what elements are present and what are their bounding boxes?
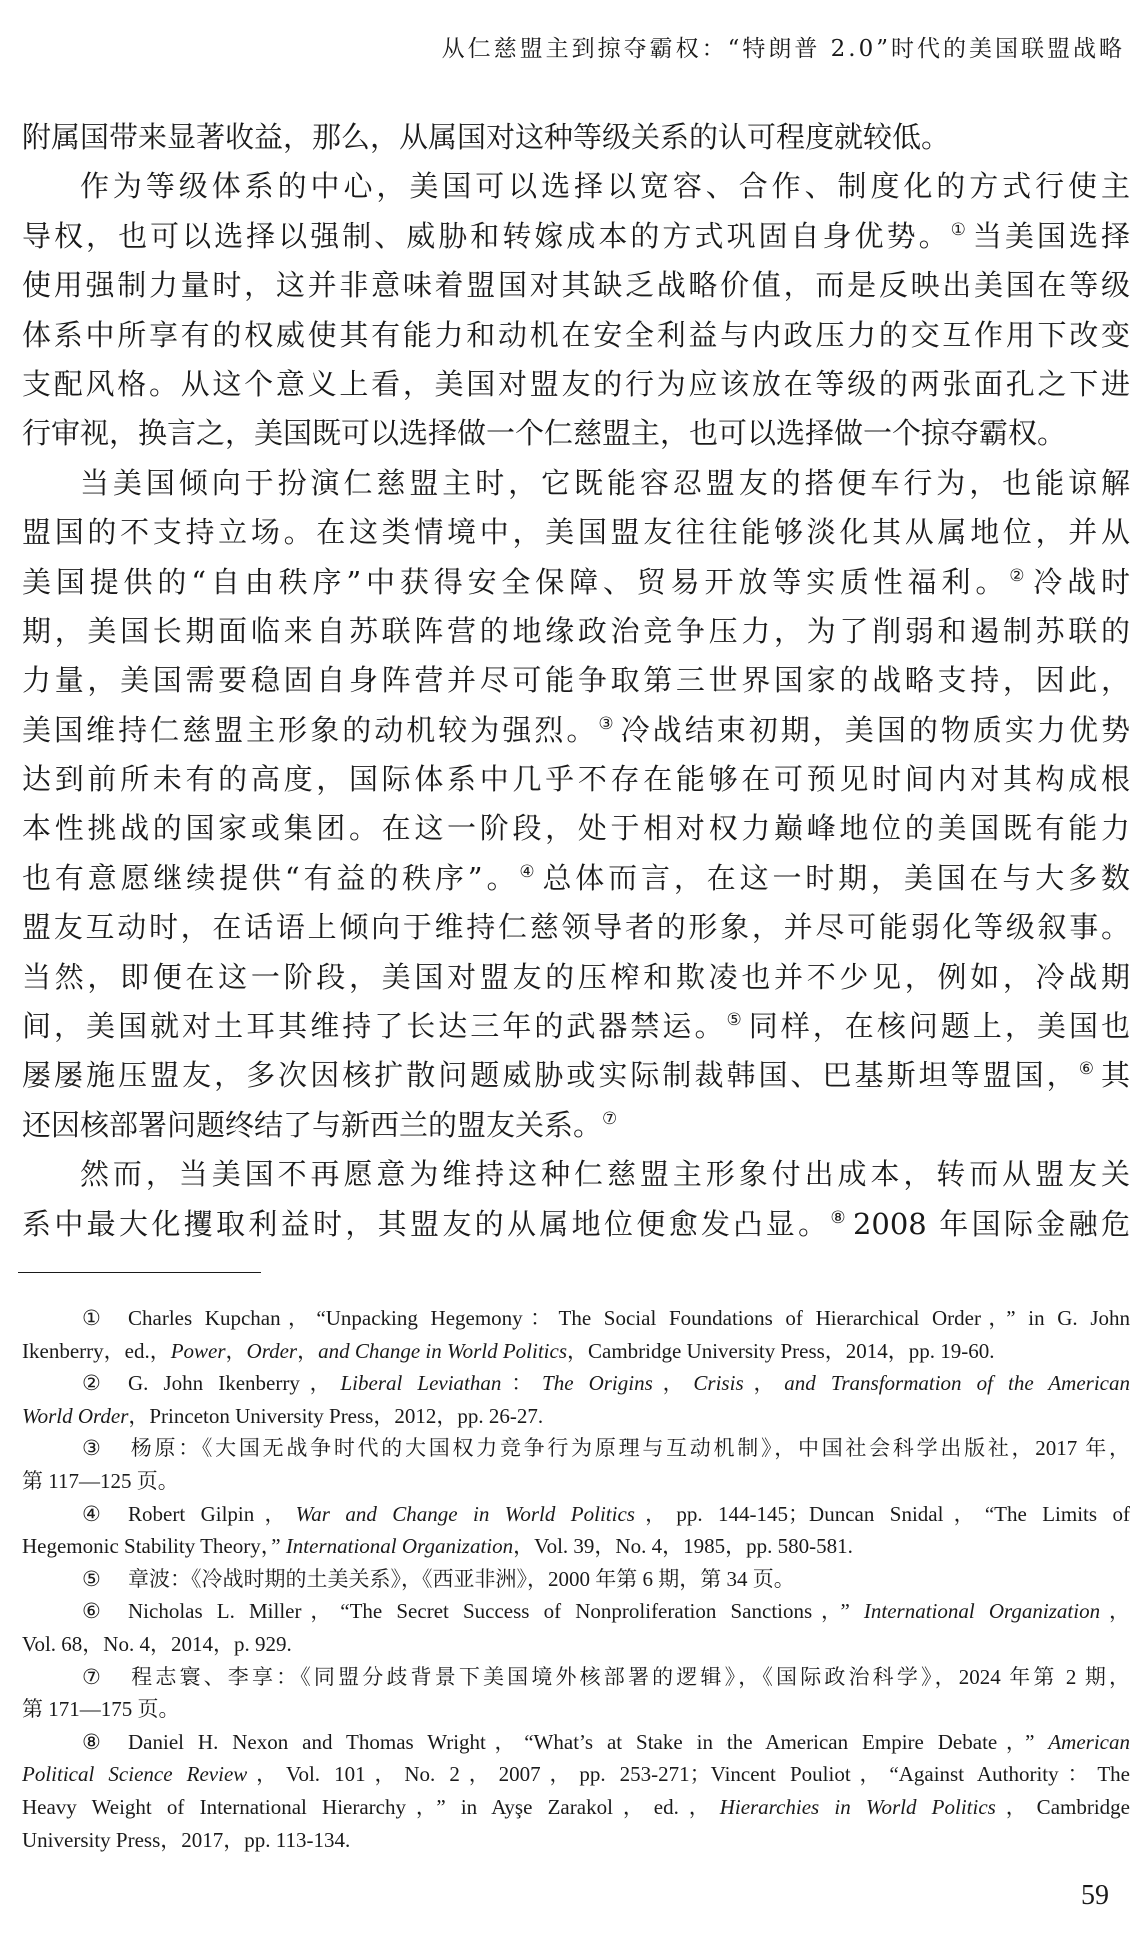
footnote-reference[interactable]: ⑦ bbox=[602, 1109, 617, 1129]
citation-title: and Change in World Politics bbox=[318, 1339, 567, 1363]
body-line-text: 其 bbox=[1101, 1058, 1130, 1092]
footnote-reference[interactable]: ⑥ bbox=[1079, 1059, 1097, 1079]
body-line: 使用强制力量时，这并非意味着盟国对其缺乏战略价值，而是反映出美国在等级 bbox=[22, 261, 1130, 310]
footnote-reference[interactable]: ④ bbox=[519, 862, 538, 882]
body-line: 盟国的不支持立场。在这类情境中，美国盟友往往能够淡化其从属地位，并从 bbox=[22, 508, 1130, 557]
body-line: 力量，美国需要稳固自身阵营并尽可能争取第三世界国家的战略支持，因此， bbox=[22, 656, 1130, 705]
body-line: 屡屡施压盟友，多次因核扩散问题威胁或实际制裁韩国、巴基斯坦等盟国，⑥其 bbox=[22, 1051, 1130, 1100]
footnote-line: ①Charles Kupchan，“Unpacking Hegemony：The… bbox=[22, 1302, 1130, 1335]
footnote-item: ①Charles Kupchan，“Unpacking Hegemony：The… bbox=[22, 1302, 1130, 1367]
body-line: 行审视，换言之，美国既可以选择做一个仁慈盟主，也可以选择做一个掠夺霸权。 bbox=[22, 409, 1130, 458]
citation-title: Power bbox=[171, 1339, 226, 1363]
footnote-line: ④Robert Gilpin，War and Change in World P… bbox=[22, 1498, 1130, 1531]
body-line-text: 当然，即便在这一阶段，美国对盟友的压榨和欺凌也并不少见，例如，冷战期 bbox=[22, 960, 1130, 994]
body-line-text: 屡屡施压盟友，多次因核扩散问题威胁或实际制裁韩国、巴基斯坦等盟国， bbox=[22, 1058, 1079, 1092]
citation-text: Hegemonic Stability Theory，” bbox=[22, 1534, 286, 1558]
citation-text: ， bbox=[1100, 1599, 1130, 1623]
citation-text: Nicholas L. Miller，“The Secret Success o… bbox=[128, 1599, 864, 1623]
body-line: 期，美国长期面临来自苏联阵营的地缘政治竞争压力，为了削弱和遏制苏联的 bbox=[22, 607, 1130, 656]
body-line-text: 达到前所未有的高度，国际体系中几乎不存在能够在可预见时间内对其构成根 bbox=[22, 762, 1130, 796]
body-line-text: 盟友互动时，在话语上倾向于维持仁慈领导者的形象，并尽可能弱化等级叙事。 bbox=[22, 910, 1130, 944]
body-line: 体系中所享有的权威使其有能力和动机在安全利益与内政压力的交互作用下改变 bbox=[22, 311, 1130, 360]
footnote-line: ⑦程志寰、李享：《同盟分歧背景下美国境外核部署的逻辑》，《国际政治科学》，202… bbox=[22, 1661, 1130, 1694]
citation-text: Vol. 68，No. 4，2014，p. 929. bbox=[22, 1632, 292, 1656]
citation-text: ， bbox=[744, 1371, 785, 1395]
body-line-text: 行审视，换言之，美国既可以选择做一个仁慈盟主，也可以选择做一个掠夺霸权。 bbox=[22, 416, 1066, 450]
body-line-text: 盟国的不支持立场。在这类情境中，美国盟友往往能够淡化其从属地位，并从 bbox=[22, 515, 1130, 549]
body-line-text: 当美国选择 bbox=[973, 219, 1130, 253]
citation-text: ，Vol. 39，No. 4，1985，pp. 580-581. bbox=[513, 1534, 853, 1558]
citation-title: and Transformation of the American bbox=[784, 1371, 1130, 1395]
citation-title: Liberal Leviathan bbox=[340, 1371, 501, 1395]
footnote-reference[interactable]: ⑧ bbox=[830, 1208, 849, 1228]
body-line: 达到前所未有的高度，国际体系中几乎不存在能够在可预见时间内对其构成根 bbox=[22, 755, 1130, 804]
body-line-text: 也有意愿继续提供“有益的秩序”。 bbox=[22, 861, 519, 895]
body-line: 盟友互动时，在话语上倾向于维持仁慈领导者的形象，并尽可能弱化等级叙事。 bbox=[22, 903, 1130, 952]
footnote-mark: ⑥ bbox=[82, 1595, 128, 1628]
citation-title: Hierarchies in World Politics bbox=[720, 1795, 996, 1819]
citation-text: 第 171—175 页。 bbox=[22, 1697, 180, 1721]
citation-title: Political Science Review bbox=[22, 1762, 247, 1786]
citation-text: ，Princeton University Press，2012，pp. 26-… bbox=[128, 1404, 543, 1428]
footnote-item: ⑦程志寰、李享：《同盟分歧背景下美国境外核部署的逻辑》，《国际政治科学》，202… bbox=[22, 1661, 1130, 1726]
footnote-item: ③杨原：《大国无战争时代的大国权力竞争行为原理与互动机制》，中国社会科学出版社，… bbox=[22, 1432, 1130, 1497]
citation-title: War and Change in World Politics bbox=[296, 1502, 635, 1526]
citation-text: ， bbox=[297, 1339, 318, 1363]
citation-text: University Press，2017，pp. 113-134. bbox=[22, 1828, 350, 1852]
body-line-text: 期，美国长期面临来自苏联阵营的地缘政治竞争压力，为了削弱和遏制苏联的 bbox=[22, 614, 1130, 648]
citation-text: 第 117—125 页。 bbox=[22, 1469, 179, 1493]
citation-text: ， bbox=[653, 1371, 694, 1395]
body-line: 然而，当美国不再愿意为维持这种仁慈盟主形象付出成本，转而从盟友关 bbox=[22, 1150, 1130, 1199]
footnote-line: Ikenberry，ed.，Power，Order，and Change in … bbox=[22, 1335, 1130, 1368]
citation-text: Daniel H. Nexon and Thomas Wright，“What’… bbox=[128, 1730, 1048, 1754]
body-line-text: 美国维持仁慈盟主形象的动机较为强烈。 bbox=[22, 713, 598, 747]
citation-title: American bbox=[1048, 1730, 1130, 1754]
body-line: 也有意愿继续提供“有益的秩序”。④总体而言，在这一时期，美国在与大多数 bbox=[22, 854, 1130, 903]
footnote-line: ③杨原：《大国无战争时代的大国权力竞争行为原理与互动机制》，中国社会科学出版社，… bbox=[22, 1432, 1130, 1465]
body-line-text: 附属国带来显著收益，那么，从属国对这种等级关系的认可程度就较低。 bbox=[22, 120, 950, 154]
body-line-text: 还因核部署问题终结了与新西兰的盟友关系。 bbox=[22, 1108, 602, 1142]
body-line: 导权，也可以选择以强制、威胁和转嫁成本的方式巩固自身优势。①当美国选择 bbox=[22, 212, 1130, 261]
footnote-line: University Press，2017，pp. 113-134. bbox=[22, 1824, 1130, 1857]
footnote-mark: ② bbox=[82, 1367, 128, 1400]
footnote-reference[interactable]: ② bbox=[1009, 566, 1029, 586]
citation-text: ，Vol. 101，No. 2，2007，pp. 253-271；Vincent… bbox=[247, 1762, 1130, 1786]
body-line: 美国维持仁慈盟主形象的动机较为强烈。③冷战结束初期，美国的物质实力优势 bbox=[22, 706, 1130, 755]
body-line: 间，美国就对土耳其维持了长达三年的武器禁运。⑤同样，在核问题上，美国也 bbox=[22, 1002, 1130, 1051]
body-line: 还因核部署问题终结了与新西兰的盟友关系。⑦ bbox=[22, 1101, 1130, 1150]
page-number: 59 bbox=[1081, 1880, 1109, 1912]
footnote-mark: ⑤ bbox=[82, 1563, 128, 1596]
citation-text: ，Cambridge University Press，2014，pp. 19-… bbox=[567, 1339, 995, 1363]
citation-text: Heavy Weight of International Hierarchy，… bbox=[22, 1795, 720, 1819]
citation-text: ， bbox=[226, 1339, 247, 1363]
body-line: 附属国带来显著收益，那么，从属国对这种等级关系的认可程度就较低。 bbox=[22, 113, 1130, 162]
citation-text: Robert Gilpin， bbox=[128, 1502, 296, 1526]
footnote-mark: ⑦ bbox=[82, 1661, 128, 1694]
citation-title: International Organization bbox=[286, 1534, 513, 1558]
footnote-mark: ④ bbox=[82, 1498, 128, 1531]
body-line: 支配风格。从这个意义上看，美国对盟友的行为应该放在等级的两张面孔之下进 bbox=[22, 360, 1130, 409]
citation-text: G. John Ikenberry， bbox=[128, 1371, 340, 1395]
running-header: 从仁慈盟主到掠夺霸权：“特朗普 2.0”时代的美国联盟战略 bbox=[442, 30, 1125, 63]
citation-title: The Origins bbox=[542, 1371, 653, 1395]
body-line: 当然，即便在这一阶段，美国对盟友的压榨和欺凌也并不少见，例如，冷战期 bbox=[22, 953, 1130, 1002]
body-line-text: 当美国倾向于扮演仁慈盟主时，它既能容忍盟友的搭便车行为，也能谅解 bbox=[80, 466, 1130, 500]
citation-text: ，Cambridge bbox=[996, 1795, 1130, 1819]
footnote-item: ⑥Nicholas L. Miller，“The Secret Success … bbox=[22, 1595, 1130, 1660]
footnote-line: World Order，Princeton University Press，2… bbox=[22, 1400, 1130, 1433]
footnote-line: ⑧Daniel H. Nexon and Thomas Wright，“What… bbox=[22, 1726, 1130, 1759]
footnote-reference[interactable]: ③ bbox=[598, 714, 616, 734]
body-line-text: 作为等级体系的中心，美国可以选择以宽容、合作、制度化的方式行使主 bbox=[80, 169, 1130, 203]
footnote-reference[interactable]: ⑤ bbox=[726, 1010, 744, 1030]
body-line-text: 系中最大化攫取利益时，其盟友的从属地位便愈发凸显。 bbox=[22, 1207, 830, 1241]
footnote-reference[interactable]: ① bbox=[951, 220, 969, 240]
citation-title: International Organization bbox=[864, 1599, 1100, 1623]
body-line-text: 冷战结束初期，美国的物质实力优势 bbox=[621, 713, 1130, 747]
body-text: 附属国带来显著收益，那么，从属国对这种等级关系的认可程度就较低。作为等级体系的中… bbox=[22, 113, 1130, 1249]
body-line-text: 然而，当美国不再愿意为维持这种仁慈盟主形象付出成本，转而从盟友关 bbox=[80, 1157, 1130, 1191]
body-line-text: 美国提供的“自由秩序”中获得安全保障、贸易开放等实质性福利。 bbox=[22, 565, 1009, 599]
citation-text: Charles Kupchan，“Unpacking Hegemony：The … bbox=[128, 1306, 1130, 1330]
footnote-line: 第 171—175 页。 bbox=[22, 1693, 1130, 1726]
citation-text: Ikenberry，ed.， bbox=[22, 1339, 171, 1363]
citation-text: 程志寰、李享：《同盟分歧背景下美国境外核部署的逻辑》，《国际政治科学》，2024… bbox=[128, 1665, 1130, 1689]
footnote-line: Heavy Weight of International Hierarchy，… bbox=[22, 1791, 1130, 1824]
body-line-text: 2008 年国际金融危 bbox=[853, 1207, 1130, 1241]
citation-title: Order bbox=[247, 1339, 298, 1363]
citation-title: Crisis bbox=[693, 1371, 743, 1395]
citation-text: 章波：《冷战时期的土美关系》，《西亚非洲》，2000 年第 6 期，第 34 页… bbox=[128, 1567, 795, 1591]
body-line-text: 使用强制力量时，这并非意味着盟国对其缺乏战略价值，而是反映出美国在等级 bbox=[22, 268, 1130, 302]
footnote-item: ⑧Daniel H. Nexon and Thomas Wright，“What… bbox=[22, 1726, 1130, 1856]
body-line: 美国提供的“自由秩序”中获得安全保障、贸易开放等实质性福利。②冷战时 bbox=[22, 558, 1130, 607]
footnote-line: ②G. John Ikenberry，Liberal Leviathan：The… bbox=[22, 1367, 1130, 1400]
footnote-line: Vol. 68，No. 4，2014，p. 929. bbox=[22, 1628, 1130, 1661]
body-line-text: 间，美国就对土耳其维持了长达三年的武器禁运。 bbox=[22, 1009, 726, 1043]
citation-text: 杨原：《大国无战争时代的大国权力竞争行为原理与互动机制》，中国社会科学出版社，2… bbox=[128, 1436, 1130, 1460]
footnote-mark: ⑧ bbox=[82, 1726, 128, 1759]
journal-page: 从仁慈盟主到掠夺霸权：“特朗普 2.0”时代的美国联盟战略 附属国带来显著收益，… bbox=[0, 0, 1147, 1958]
body-line-text: 导权，也可以选择以强制、威胁和转嫁成本的方式巩固自身优势。 bbox=[22, 219, 951, 253]
citation-title: World Order bbox=[22, 1404, 128, 1428]
citation-text: ： bbox=[501, 1371, 542, 1395]
footnote-line: ⑥Nicholas L. Miller，“The Secret Success … bbox=[22, 1595, 1130, 1628]
body-line-text: 冷战时 bbox=[1033, 565, 1130, 599]
body-line-text: 同样，在核问题上，美国也 bbox=[749, 1009, 1130, 1043]
citation-text: ，pp. 144-145；Duncan Snidal，“The Limits o… bbox=[635, 1502, 1130, 1526]
footnote-item: ②G. John Ikenberry，Liberal Leviathan：The… bbox=[22, 1367, 1130, 1432]
footnote-item: ⑤章波：《冷战时期的土美关系》，《西亚非洲》，2000 年第 6 期，第 34 … bbox=[22, 1563, 1130, 1596]
footnotes: ①Charles Kupchan，“Unpacking Hegemony：The… bbox=[22, 1302, 1130, 1856]
footnote-line: Political Science Review，Vol. 101，No. 2，… bbox=[22, 1758, 1130, 1791]
body-line: 系中最大化攫取利益时，其盟友的从属地位便愈发凸显。⑧2008 年国际金融危 bbox=[22, 1200, 1130, 1249]
footnote-mark: ① bbox=[82, 1302, 128, 1335]
body-line: 本性挑战的国家或集团。在这一阶段，处于相对权力巅峰地位的美国既有能力 bbox=[22, 804, 1130, 853]
footnote-line: 第 117—125 页。 bbox=[22, 1465, 1130, 1498]
body-line-text: 力量，美国需要稳固自身阵营并尽可能争取第三世界国家的战略支持，因此， bbox=[22, 663, 1130, 697]
body-line-text: 总体而言，在这一时期，美国在与大多数 bbox=[542, 861, 1130, 895]
body-line-text: 本性挑战的国家或集团。在这一阶段，处于相对权力巅峰地位的美国既有能力 bbox=[22, 811, 1130, 845]
body-line: 当美国倾向于扮演仁慈盟主时，它既能容忍盟友的搭便车行为，也能谅解 bbox=[22, 459, 1130, 508]
footnote-line: Hegemonic Stability Theory，” Internation… bbox=[22, 1530, 1130, 1563]
footnote-item: ④Robert Gilpin，War and Change in World P… bbox=[22, 1498, 1130, 1563]
footnote-mark: ③ bbox=[82, 1432, 128, 1465]
body-line-text: 体系中所享有的权威使其有能力和动机在安全利益与内政压力的交互作用下改变 bbox=[22, 318, 1130, 352]
footnote-separator bbox=[18, 1272, 261, 1273]
body-line: 作为等级体系的中心，美国可以选择以宽容、合作、制度化的方式行使主 bbox=[22, 162, 1130, 211]
body-line-text: 支配风格。从这个意义上看，美国对盟友的行为应该放在等级的两张面孔之下进 bbox=[22, 367, 1130, 401]
footnote-line: ⑤章波：《冷战时期的土美关系》，《西亚非洲》，2000 年第 6 期，第 34 … bbox=[22, 1563, 1130, 1596]
